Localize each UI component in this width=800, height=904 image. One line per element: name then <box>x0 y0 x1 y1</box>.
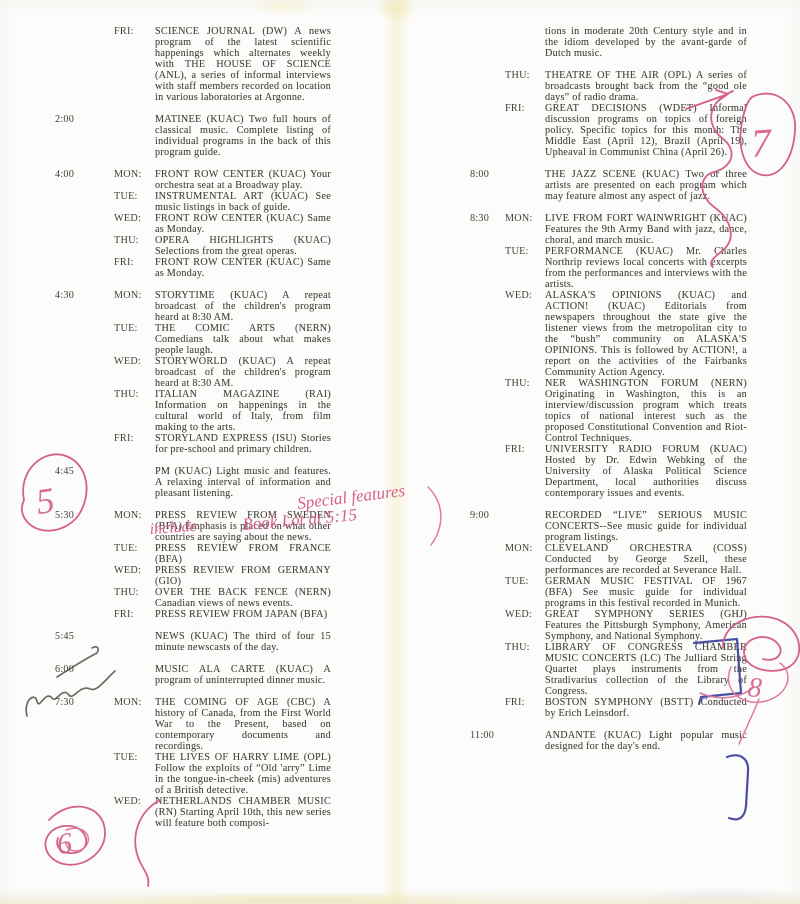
program-description: PRESS REVIEW FROM SWEDEN (BFA) Emphasis … <box>155 510 331 543</box>
schedule-rows: MATINEE (KUAC) Two full hours of classic… <box>155 114 331 158</box>
program-description: THE JAZZ SCENE (KUAC) Two or three artis… <box>545 169 747 202</box>
schedule-block: 2:00 MATINEE (KUAC) Two full hours of cl… <box>55 114 331 158</box>
day-label: TUE: <box>114 191 153 202</box>
program-description: THEATRE OF THE AIR (OPL) A series of bro… <box>545 70 747 103</box>
program-description: THE LIVES OF HARRY LIME (OPL) Follow the… <box>155 752 331 796</box>
schedule-row: MON: CLEVELAND ORCHESTRA (COSS) Conducte… <box>545 543 747 576</box>
program-description: ITALIAN MAGAZINE (RAI) Information on ha… <box>155 389 331 433</box>
program-description: ALASKA'S OPINIONS (KUAC) and ACTION! (KU… <box>545 290 747 378</box>
time-label: 4:00 <box>55 169 74 180</box>
schedule-rows: MON: PRESS REVIEW FROM SWEDEN (BFA) Emph… <box>155 510 331 620</box>
time-label: 5:30 <box>55 510 74 521</box>
schedule-row: MON: PRESS REVIEW FROM SWEDEN (BFA) Emph… <box>155 510 331 543</box>
schedule-row: FRI: FRONT ROW CENTER (KUAC) Same as Mon… <box>155 257 331 279</box>
day-label: WED: <box>505 290 543 301</box>
program-description: PERFORMANCE (KUAC) Mr. Charles Northrip … <box>545 246 747 290</box>
schedule-column-right: tions in moderate 20th Century style and… <box>470 26 747 752</box>
program-description: NETHERLANDS CHAMBER MUSIC (RN) Starting … <box>155 796 331 829</box>
schedule-block: 4:00 MON: FRONT ROW CENTER (KUAC) Your o… <box>55 169 331 279</box>
circle-stroke <box>740 94 795 176</box>
schedule-row: TUE: GERMAN MUSIC FESTIVAL OF 1967 (BFA)… <box>545 576 747 609</box>
day-label: TUE: <box>114 543 153 554</box>
day-label: THU: <box>114 587 153 598</box>
time-label: 8:00 <box>470 169 489 180</box>
day-label: FRI: <box>505 444 543 455</box>
program-description: MUSIC ALA CARTE (KUAC) A program of unin… <box>155 664 331 686</box>
scanned-radio-program-guide: FRI: SCIENCE JOURNAL (DW) A news program… <box>0 0 800 904</box>
schedule-row: WED: GREAT SYMPHONY SERIES (GHJ) Feature… <box>545 609 747 642</box>
schedule-block: 11:00 ANDANTE (KUAC) Light popular music… <box>470 730 747 752</box>
day-label: FRI: <box>114 609 153 620</box>
schedule-block: 8:00 THE JAZZ SCENE (KUAC) Two or three … <box>470 169 747 202</box>
schedule-rows: FRI: SCIENCE JOURNAL (DW) A news program… <box>155 26 331 103</box>
schedule-row: ANDANTE (KUAC) Light popular music desig… <box>545 730 747 752</box>
schedule-rows: THE JAZZ SCENE (KUAC) Two or three artis… <box>545 169 747 202</box>
schedule-row: TUE: THE LIVES OF HARRY LIME (OPL) Follo… <box>155 752 331 796</box>
day-label: MON: <box>114 169 153 180</box>
circled-5-digit: 5 <box>34 480 57 522</box>
schedule-row: THE JAZZ SCENE (KUAC) Two or three artis… <box>545 169 747 202</box>
schedule-rows: MON: LIVE FROM FORT WAINWRIGHT (KUAC) Fe… <box>545 213 747 499</box>
program-description: PRESS REVIEW FROM FRANCE (BFA) <box>155 543 331 565</box>
day-label: FRI: <box>114 26 153 37</box>
margin-note-paren-stroke <box>428 487 441 545</box>
schedule-row: WED: PRESS REVIEW FROM GERMANY (GIO) <box>155 565 331 587</box>
schedule-row: WED: STORYWORLD (KUAC) A repeat broadcas… <box>155 356 331 389</box>
program-description: GREAT DECISIONS (WDET) Informal discussi… <box>545 103 747 158</box>
schedule-row: THU: THEATRE OF THE AIR (OPL) A series o… <box>545 70 747 103</box>
day-label: WED: <box>505 609 543 620</box>
schedule-row: THU: NER WASHINGTON FORUM (NERN) Origina… <box>545 378 747 444</box>
schedule-row: MON: STORYTIME (KUAC) A repeat broadcast… <box>155 290 331 323</box>
schedule-row: MON: FRONT ROW CENTER (KUAC) Your orches… <box>155 169 331 191</box>
day-label: FRI: <box>505 103 543 114</box>
schedule-block: THU: THEATRE OF THE AIR (OPL) A series o… <box>470 70 747 158</box>
program-description: SCIENCE JOURNAL (DW) A news program of t… <box>155 26 331 103</box>
day-label: FRI: <box>114 257 153 268</box>
day-label: THU: <box>505 642 543 653</box>
program-description: FRONT ROW CENTER (KUAC) Same as Monday. <box>155 257 331 279</box>
day-label: FRI: <box>114 433 153 444</box>
program-description: LIBRARY OF CONGRESS CHAMBER MUSIC CONCER… <box>545 642 747 697</box>
schedule-row: TUE: THE COMIC ARTS (NERN) Comedians tal… <box>155 323 331 356</box>
schedule-row: THU: OPERA HIGHLIGHTS (KUAC) Selections … <box>155 235 331 257</box>
program-description: LIVE FROM FORT WAINWRIGHT (KUAC) Feature… <box>545 213 747 246</box>
day-label: WED: <box>114 213 153 224</box>
program-description: NER WASHINGTON FORUM (NERN) Originating … <box>545 378 747 444</box>
schedule-column-left: FRI: SCIENCE JOURNAL (DW) A news program… <box>55 26 331 829</box>
day-label: WED: <box>114 565 153 576</box>
schedule-row: MATINEE (KUAC) Two full hours of classic… <box>155 114 331 158</box>
schedule-block: 8:30 MON: LIVE FROM FORT WAINWRIGHT (KUA… <box>470 213 747 499</box>
schedule-rows: MUSIC ALA CARTE (KUAC) A program of unin… <box>155 664 331 686</box>
program-description: ANDANTE (KUAC) Light popular music desig… <box>545 730 747 752</box>
program-description: RECORDED “LIVE” SERIOUS MUSIC CONCERTS--… <box>545 510 747 543</box>
schedule-row: MON: THE COMING OF AGE (CBC) A history o… <box>155 697 331 752</box>
schedule-block: 5:45 NEWS (KUAC) The third of four 15 mi… <box>55 631 331 653</box>
circled-7-digit: 7 <box>749 120 774 166</box>
program-description: PRESS REVIEW FROM JAPAN (BFA) <box>155 609 331 620</box>
day-label: TUE: <box>505 246 543 257</box>
day-label: FRI: <box>505 697 543 708</box>
time-label: 5:45 <box>55 631 74 642</box>
schedule-row: FRI: UNIVERSITY RADIO FORUM (KUAC) Hoste… <box>545 444 747 499</box>
day-label: THU: <box>505 70 543 81</box>
day-label: MON: <box>114 697 153 708</box>
program-description: GERMAN MUSIC FESTIVAL OF 1967 (BFA) See … <box>545 576 747 609</box>
schedule-row: RECORDED “LIVE” SERIOUS MUSIC CONCERTS--… <box>545 510 747 543</box>
schedule-block: 5:30 MON: PRESS REVIEW FROM SWEDEN (BFA)… <box>55 510 331 620</box>
schedule-block: 9:00 RECORDED “LIVE” SERIOUS MUSIC CONCE… <box>470 510 747 719</box>
schedule-row: tions in moderate 20th Century style and… <box>545 26 747 59</box>
schedule-row: MUSIC ALA CARTE (KUAC) A program of unin… <box>155 664 331 686</box>
schedule-row: FRI: STORYLAND EXPRESS (ISU) Stories for… <box>155 433 331 455</box>
schedule-rows: tions in moderate 20th Century style and… <box>545 26 747 59</box>
schedule-block: 4:30 MON: STORYTIME (KUAC) A repeat broa… <box>55 290 331 455</box>
schedule-row: FRI: GREAT DECISIONS (WDET) Informal dis… <box>545 103 747 158</box>
program-description: FRONT ROW CENTER (KUAC) Your orchestra s… <box>155 169 331 191</box>
program-description: STORYTIME (KUAC) A repeat broadcast of t… <box>155 290 331 323</box>
time-label: 4:45 <box>55 466 74 477</box>
time-label: 2:00 <box>55 114 74 125</box>
schedule-block: 7:30 MON: THE COMING OF AGE (CBC) A hist… <box>55 697 331 829</box>
circled-6-digit: 6 <box>55 827 73 861</box>
program-description: MATINEE (KUAC) Two full hours of classic… <box>155 114 331 158</box>
day-label: MON: <box>114 510 153 521</box>
program-description: THE COMING OF AGE (CBC) A history of Can… <box>155 697 331 752</box>
day-label: MON: <box>505 213 543 224</box>
circled-8-digit: 8 <box>746 672 763 704</box>
schedule-rows: MON: STORYTIME (KUAC) A repeat broadcast… <box>155 290 331 455</box>
blue-bracket-library-of-congress <box>727 755 748 819</box>
program-description: GREAT SYMPHONY SERIES (GHJ) Features the… <box>545 609 747 642</box>
time-label: 11:00 <box>470 730 494 741</box>
day-label: WED: <box>114 356 153 367</box>
program-description: tions in moderate 20th Century style and… <box>545 26 747 59</box>
day-label: TUE: <box>505 576 543 587</box>
time-label: 6:00 <box>55 664 74 675</box>
program-description: PM (KUAC) Light music and features. A re… <box>155 466 331 499</box>
program-description: STORYWORLD (KUAC) A repeat broadcast of … <box>155 356 331 389</box>
program-description: BOSTON SYMPHONY (BSTT) Conducted by Eric… <box>545 697 747 719</box>
program-description: NEWS (KUAC) The third of four 15 minute … <box>155 631 331 653</box>
schedule-row: TUE: INSTRUMENTAL ART (KUAC) See music l… <box>155 191 331 213</box>
page-fold-shadow <box>384 0 410 904</box>
schedule-row: THU: LIBRARY OF CONGRESS CHAMBER MUSIC C… <box>545 642 747 697</box>
program-description: THE COMIC ARTS (NERN) Comedians talk abo… <box>155 323 331 356</box>
time-label: 8:30 <box>470 213 489 224</box>
time-label: 9:00 <box>470 510 489 521</box>
schedule-row: FRI: BOSTON SYMPHONY (BSTT) Conducted by… <box>545 697 747 719</box>
time-label: 7:30 <box>55 697 74 708</box>
day-label: MON: <box>114 290 153 301</box>
schedule-row: THU: ITALIAN MAGAZINE (RAI) Information … <box>155 389 331 433</box>
program-description: FRONT ROW CENTER (KUAC) Same as Monday. <box>155 213 331 235</box>
schedule-row: WED: ALASKA'S OPINIONS (KUAC) and ACTION… <box>545 290 747 378</box>
program-description: CLEVELAND ORCHESTRA (COSS) Conducted by … <box>545 543 747 576</box>
time-label: 4:30 <box>55 290 74 301</box>
program-description: OPERA HIGHLIGHTS (KUAC) Selections from … <box>155 235 331 257</box>
program-description: INSTRUMENTAL ART (KUAC) See music listin… <box>155 191 331 213</box>
program-description: PRESS REVIEW FROM GERMANY (GIO) <box>155 565 331 587</box>
day-label: TUE: <box>114 323 153 334</box>
schedule-row: THU: OVER THE BACK FENCE (NERN) Canadian… <box>155 587 331 609</box>
schedule-rows: NEWS (KUAC) The third of four 15 minute … <box>155 631 331 653</box>
page-bottom-shadow <box>0 891 800 904</box>
schedule-row: MON: LIVE FROM FORT WAINWRIGHT (KUAC) Fe… <box>545 213 747 246</box>
day-label: THU: <box>114 389 153 400</box>
schedule-row: PM (KUAC) Light music and features. A re… <box>155 466 331 499</box>
schedule-row: WED: NETHERLANDS CHAMBER MUSIC (RN) Star… <box>155 796 331 829</box>
schedule-row: TUE: PERFORMANCE (KUAC) Mr. Charles Nort… <box>545 246 747 290</box>
schedule-rows: ANDANTE (KUAC) Light popular music desig… <box>545 730 747 752</box>
schedule-rows: THU: THEATRE OF THE AIR (OPL) A series o… <box>545 70 747 158</box>
program-description: STORYLAND EXPRESS (ISU) Stories for pre-… <box>155 433 331 455</box>
schedule-block: 4:45 PM (KUAC) Light music and features.… <box>55 466 331 499</box>
schedule-rows: RECORDED “LIVE” SERIOUS MUSIC CONCERTS--… <box>545 510 747 719</box>
day-label: THU: <box>114 235 153 246</box>
schedule-rows: MON: FRONT ROW CENTER (KUAC) Your orches… <box>155 169 331 279</box>
schedule-block: tions in moderate 20th Century style and… <box>470 26 747 59</box>
schedule-row: TUE: PRESS REVIEW FROM FRANCE (BFA) <box>155 543 331 565</box>
program-description: OVER THE BACK FENCE (NERN) Canadian view… <box>155 587 331 609</box>
day-label: THU: <box>505 378 543 389</box>
program-description: UNIVERSITY RADIO FORUM (KUAC) Hosted by … <box>545 444 747 499</box>
schedule-row: NEWS (KUAC) The third of four 15 minute … <box>155 631 331 653</box>
schedule-row: FRI: PRESS REVIEW FROM JAPAN (BFA) <box>155 609 331 620</box>
schedule-row: FRI: SCIENCE JOURNAL (DW) A news program… <box>155 26 331 103</box>
schedule-row: WED: FRONT ROW CENTER (KUAC) Same as Mon… <box>155 213 331 235</box>
schedule-block: 6:00 MUSIC ALA CARTE (KUAC) A program of… <box>55 664 331 686</box>
schedule-rows: PM (KUAC) Light music and features. A re… <box>155 466 331 499</box>
schedule-rows: MON: THE COMING OF AGE (CBC) A history o… <box>155 697 331 829</box>
day-label: TUE: <box>114 752 153 763</box>
schedule-block: FRI: SCIENCE JOURNAL (DW) A news program… <box>55 26 331 103</box>
day-label: MON: <box>505 543 543 554</box>
day-label: WED: <box>114 796 153 807</box>
